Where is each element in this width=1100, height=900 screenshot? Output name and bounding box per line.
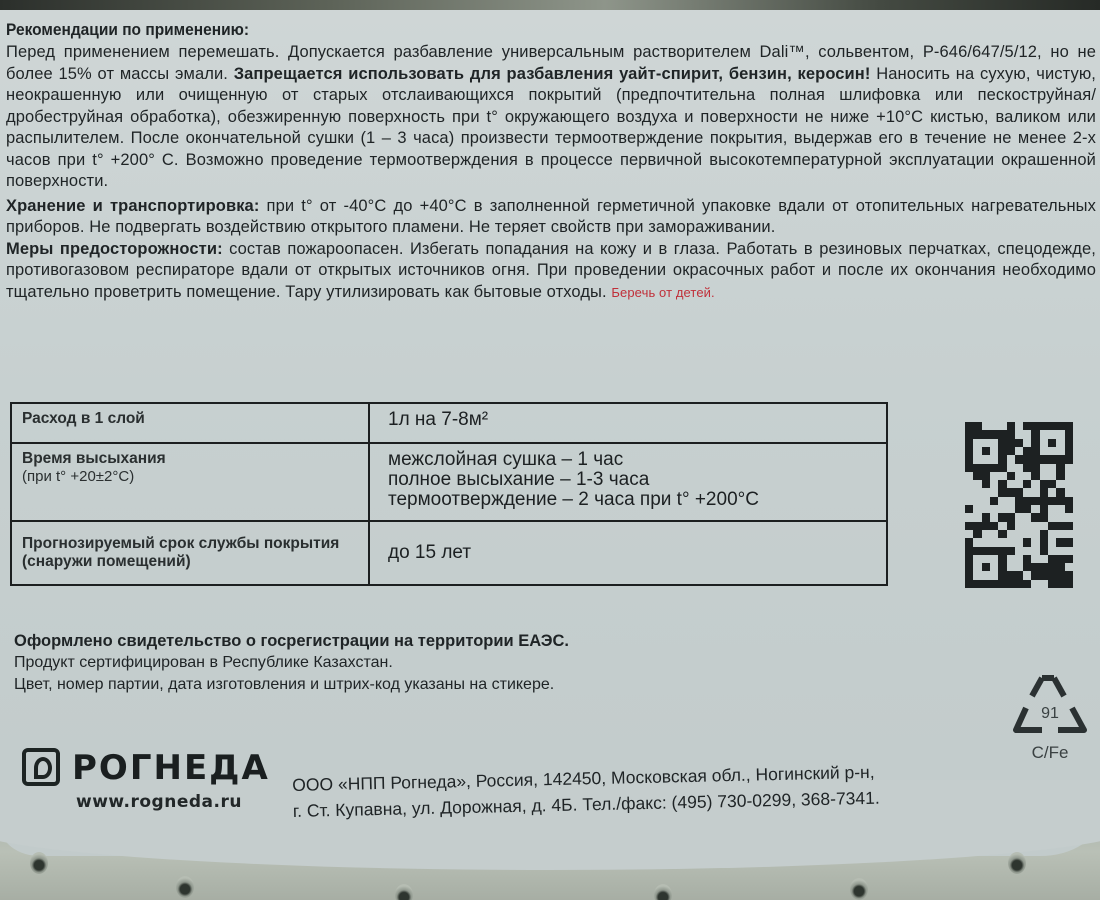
spec-value: межслойная сушка – 1 час полное высыхани… (369, 443, 887, 521)
rivet-icon (395, 884, 413, 900)
certification-note: Продукт сертифицирован в Республике Каза… (14, 652, 569, 674)
rivet-icon (1008, 852, 1026, 874)
footer-notes: Оформлено свидетельство о госрегистрации… (14, 630, 569, 696)
spec-value-line: межслойная сушка – 1 час (388, 450, 876, 470)
spec-value-line: термоотверждение – 2 часа при t° +200°С (388, 490, 876, 510)
spec-key-text: Время высыхания (22, 450, 358, 468)
rivet-icon (654, 884, 672, 900)
usage-heading: Рекомендации по применению: (6, 22, 1096, 41)
usage-text-2: Наносить на сухую, чистую, неокрашенную … (6, 65, 1096, 191)
recycle-triangle-icon: 91 C/Fe (1012, 668, 1088, 768)
table-row: Время высыхания(при t° +20±2°С) межслойн… (11, 443, 887, 521)
rivet-icon (30, 852, 48, 874)
sticker-note: Цвет, номер партии, дата изготовления и … (14, 674, 569, 696)
brand-name: РОГНЕДА (72, 748, 270, 788)
spec-value-line: 1л на 7-8м² (388, 410, 876, 430)
spec-value: 1л на 7-8м² (369, 403, 887, 443)
table-row: Прогнозируемый срок службы покрытия (сна… (11, 521, 887, 585)
spec-key: Прогнозируемый срок службы покрытия (сна… (11, 521, 369, 585)
recycle-code: 91 (1041, 705, 1059, 722)
rivet-icon (850, 878, 868, 900)
spec-key-sub: (при t° +20±2°С) (22, 468, 358, 486)
precautions-paragraph: Меры предосторожности: состав пожароопас… (6, 239, 1096, 304)
usage-paragraph: Перед применением перемешать. Допускаетс… (6, 42, 1096, 193)
spec-table: Расход в 1 слой 1л на 7-8м² Время высыха… (10, 402, 888, 586)
spec-value-line: до 15 лет (388, 543, 876, 563)
precautions-label: Меры предосторожности: (6, 240, 223, 258)
storage-label: Хранение и транспортировка: (6, 197, 259, 215)
registration-note: Оформлено свидетельство о госрегистрации… (14, 630, 569, 652)
rivet-icon (176, 876, 194, 898)
recycle-material: C/Fe (1032, 743, 1069, 762)
qr-code-icon (965, 422, 1073, 588)
spec-key-text: Прогнозируемый срок службы покрытия (сна… (22, 535, 358, 571)
label-text: Рекомендации по применению: Перед примен… (6, 22, 1096, 303)
table-row: Расход в 1 слой 1л на 7-8м² (11, 403, 887, 443)
child-warning: Беречь от детей. (611, 285, 714, 300)
thinner-warning: Запрещается использовать для разбавления… (234, 65, 871, 83)
spec-value: до 15 лет (369, 521, 887, 585)
spec-key: Расход в 1 слой (11, 403, 369, 443)
spec-key: Время высыхания(при t° +20±2°С) (11, 443, 369, 521)
spec-value-line: полное высыхание – 1-3 часа (388, 470, 876, 490)
rogneda-logo-icon (22, 748, 60, 786)
spec-key-text: Расход в 1 слой (22, 410, 145, 427)
storage-paragraph: Хранение и транспортировка: при t° от -4… (6, 196, 1096, 239)
brand-url[interactable]: www.rogneda.ru (76, 792, 242, 812)
